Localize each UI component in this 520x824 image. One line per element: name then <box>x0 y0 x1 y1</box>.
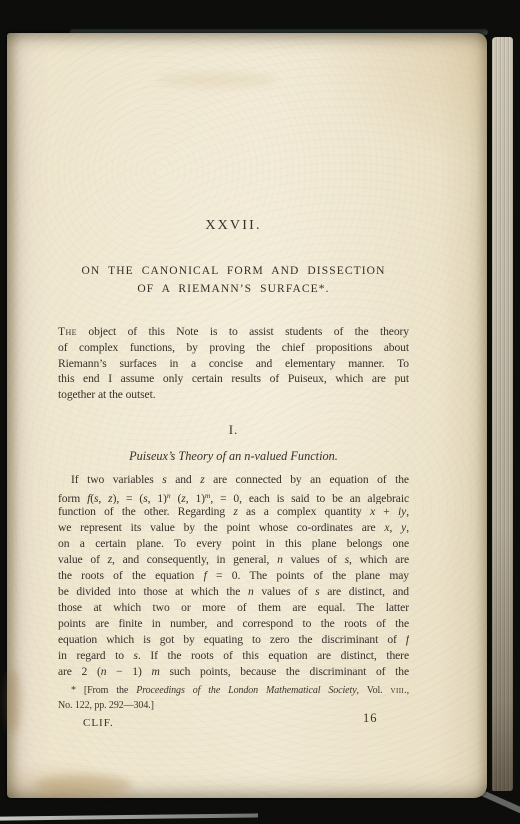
intro-paragraph: The object of this Note is to assist stu… <box>58 324 409 403</box>
text-line: together at the outset. <box>58 387 409 403</box>
footnote: * [From the Proceedings of the London Ma… <box>58 684 409 713</box>
scanner-glint-bottom-left <box>0 813 258 820</box>
text-line: of complex functions, by proving the chi… <box>58 340 409 356</box>
chapter-number: XXVII. <box>58 218 409 234</box>
printer-signature: CLIF. <box>83 717 114 729</box>
text-line: we represent its value by the point whos… <box>58 520 409 536</box>
text-line: on a certain plane. To every point in th… <box>58 536 409 552</box>
text-line: equation which is got by equating to zer… <box>58 632 409 648</box>
text-line: the roots of the equation f = 0. The poi… <box>58 568 409 584</box>
text-line: points are finite in number, and corresp… <box>58 616 409 632</box>
text-line: this end I assume only certain results o… <box>58 371 409 387</box>
page-stain <box>5 669 21 733</box>
book-page: XXVII. ON THE CANONICAL FORM AND DISSECT… <box>7 33 487 798</box>
text-line: No. 122, pp. 292—304.] <box>58 699 409 714</box>
text-line: be divided into those at which the n val… <box>58 584 409 600</box>
section-title: Puiseux’s Theory of an n-valued Function… <box>58 449 409 464</box>
text-column: XXVII. ON THE CANONICAL FORM AND DISSECT… <box>58 33 409 798</box>
text-line: in regard to s. If the roots of this equ… <box>58 648 409 664</box>
paper-title-line-1: ON THE CANONICAL FORM AND DISSECTION <box>58 265 409 277</box>
text-line: Riemann’s surfaces in a concise and elem… <box>58 356 409 372</box>
text-line: form f(s, z), = (s, 1)n (z, 1)m, = 0, ea… <box>58 488 409 504</box>
footer-line: CLIF. 16 <box>58 713 409 729</box>
text-line: The object of this Note is to assist stu… <box>58 324 409 340</box>
text-line: function of the other. Regarding z as a … <box>58 504 409 520</box>
text-line: * [From the Proceedings of the London Ma… <box>58 684 409 699</box>
page-number: 16 <box>363 711 378 726</box>
text-line: those at which two or more of them are e… <box>58 600 409 616</box>
body-paragraph: If two variables s and z are connected b… <box>58 472 409 680</box>
section-number: I. <box>58 422 409 438</box>
text-line: are 2 (n − 1) m such points, because the… <box>58 664 409 680</box>
text-line: value of z, and consequently, in general… <box>58 552 409 568</box>
paper-title-line-2: OF A RIEMANN’S SURFACE*. <box>58 283 409 295</box>
book-fore-edge <box>492 37 513 791</box>
scan-background: XXVII. ON THE CANONICAL FORM AND DISSECT… <box>0 0 520 824</box>
text-line: If two variables s and z are connected b… <box>58 472 409 488</box>
